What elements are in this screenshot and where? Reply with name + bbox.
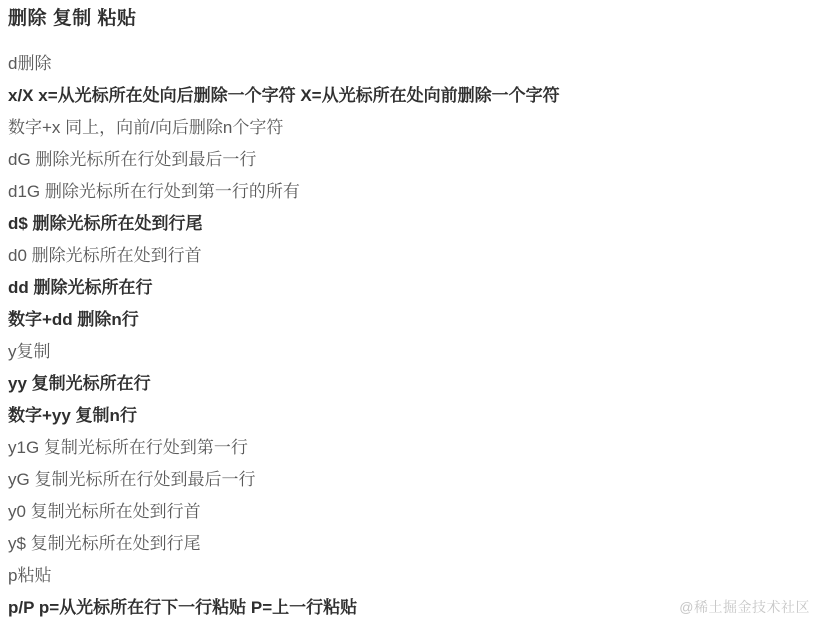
list-item: y$ 复制光标所在处到行尾 <box>8 528 820 560</box>
list-item: dG 删除光标所在行处到最后一行 <box>8 144 820 176</box>
list-item: p粘贴 <box>8 560 820 592</box>
list-item: d$ 删除光标所在处到行尾 <box>8 208 820 240</box>
section-heading: 删除 复制 粘贴 <box>8 6 820 32</box>
list-item: 数字+yy 复制n行 <box>8 400 820 432</box>
list-item: yG 复制光标所在行处到最后一行 <box>8 464 820 496</box>
command-list: d删除x/X x=从光标所在处向后删除一个字符 X=从光标所在处向前删除一个字符… <box>8 48 820 624</box>
list-item: d0 删除光标所在处到行首 <box>8 240 820 272</box>
list-item: 数字+dd 删除n行 <box>8 304 820 336</box>
list-item: y0 复制光标所在处到行首 <box>8 496 820 528</box>
list-item: x/X x=从光标所在处向后删除一个字符 X=从光标所在处向前删除一个字符 <box>8 80 820 112</box>
list-item: d1G 删除光标所在行处到第一行的所有 <box>8 176 820 208</box>
list-item: y1G 复制光标所在行处到第一行 <box>8 432 820 464</box>
article-body: 删除 复制 粘贴 d删除x/X x=从光标所在处向后删除一个字符 X=从光标所在… <box>0 0 830 630</box>
list-item: d删除 <box>8 48 820 80</box>
list-item: yy 复制光标所在行 <box>8 368 820 400</box>
watermark: @稀土掘金技术社区 <box>679 600 810 614</box>
list-item: y复制 <box>8 336 820 368</box>
list-item: 数字+x 同上，向前/向后删除n个字符 <box>8 112 820 144</box>
list-item: dd 删除光标所在行 <box>8 272 820 304</box>
